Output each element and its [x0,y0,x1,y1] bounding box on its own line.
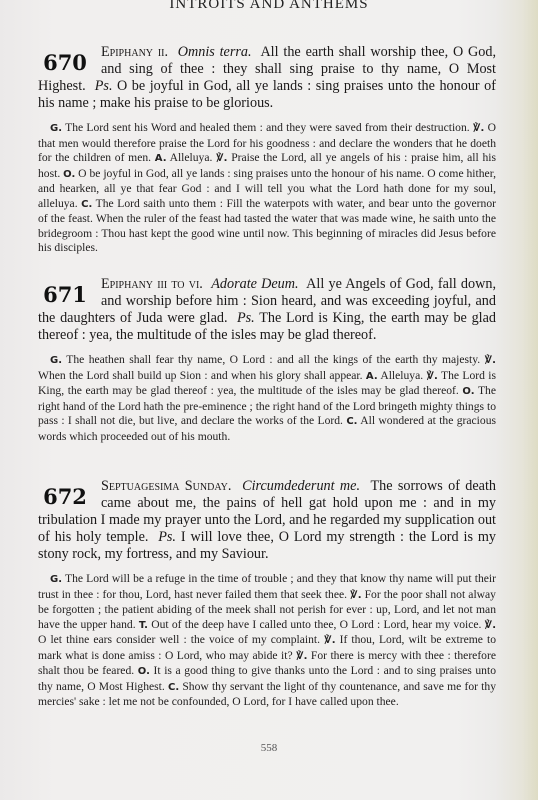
psalm-label: Ps. [95,78,113,94]
versicle-mark: ℣. [473,123,484,134]
anthem-number: 670 [37,52,93,74]
book-page: INTROITS AND ANTHEMS 670 Epiphany ii. Om… [0,0,538,800]
incipit: Circumdederunt me. [242,478,360,494]
alleluia-mark: A. [366,371,378,382]
alleluia-text: Alleluya. [170,151,213,164]
communion-mark: C. [168,682,179,693]
gradual-mark: G. [50,355,62,366]
anthem-heading: 671 Epiphany iii to vi. Adorate Deum. Al… [38,276,496,344]
tract-mark: T. [139,620,148,631]
psalm-label: Ps. [158,529,176,545]
communion-text: The Lord saith unto them : Fill the wate… [38,197,496,255]
versicle-mark: ℣. [296,651,307,662]
occasion: Septuagesima Sunday. [101,478,231,494]
versicle-mark: ℣. [216,153,227,164]
anthem-heading: 672 Septuagesima Sunday. Circumdederunt … [38,478,496,563]
versicle-mark: ℣. [350,590,361,601]
incipit: Omnis terra. [178,44,252,60]
alleluia-text: Alleluya. [380,369,423,382]
versicle-mark: ℣. [324,635,335,646]
gradual-text: The Lord sent his Word and healed them :… [65,121,470,134]
gradual-mark: G. [50,123,62,134]
propers-text: G. The Lord will be a refuge in the time… [38,572,496,710]
offertory-mark: O. [462,386,474,397]
versicle-mark: ℣. [427,371,438,382]
versicle-mark: ℣. [485,620,496,631]
anthem-entry-670: 670 Epiphany ii. Omnis terra. All the ea… [38,44,496,256]
offertory-mark: O. [63,169,75,180]
anthem-number: 672 [37,486,93,508]
versicle-text: When the Lord shall build up Sion : and … [38,369,363,382]
versicle-mark: ℣. [485,355,496,366]
propers-text: G. The heathen shall fear thy name, O Lo… [38,353,496,444]
occasion: Epiphany iii to vi. [101,276,203,292]
page-number: 558 [0,742,538,754]
running-head: INTROITS AND ANTHEMS [0,0,538,13]
anthem-number: 671 [37,284,93,306]
tract-text: Out of the deep have I called unto thee,… [151,618,481,631]
alleluia-mark: A. [155,153,167,164]
anthem-entry-672: 672 Septuagesima Sunday. Circumdederunt … [38,478,496,710]
propers-text: G. The Lord sent his Word and healed the… [38,121,496,256]
gradual-mark: G. [50,574,62,585]
communion-mark: C. [81,199,92,210]
offertory-mark: O. [138,666,150,677]
versicle-text: O let thine ears consider well : the voi… [38,633,320,646]
gradual-text: The heathen shall fear thy name, O Lord … [66,353,480,366]
incipit: Adorate Deum. [211,276,298,292]
psalm-label: Ps. [237,310,255,326]
anthem-entry-671: 671 Epiphany iii to vi. Adorate Deum. Al… [38,276,496,444]
occasion: Epiphany ii. [101,44,168,60]
communion-mark: C. [346,416,357,427]
anthem-heading: 670 Epiphany ii. Omnis terra. All the ea… [38,44,496,112]
